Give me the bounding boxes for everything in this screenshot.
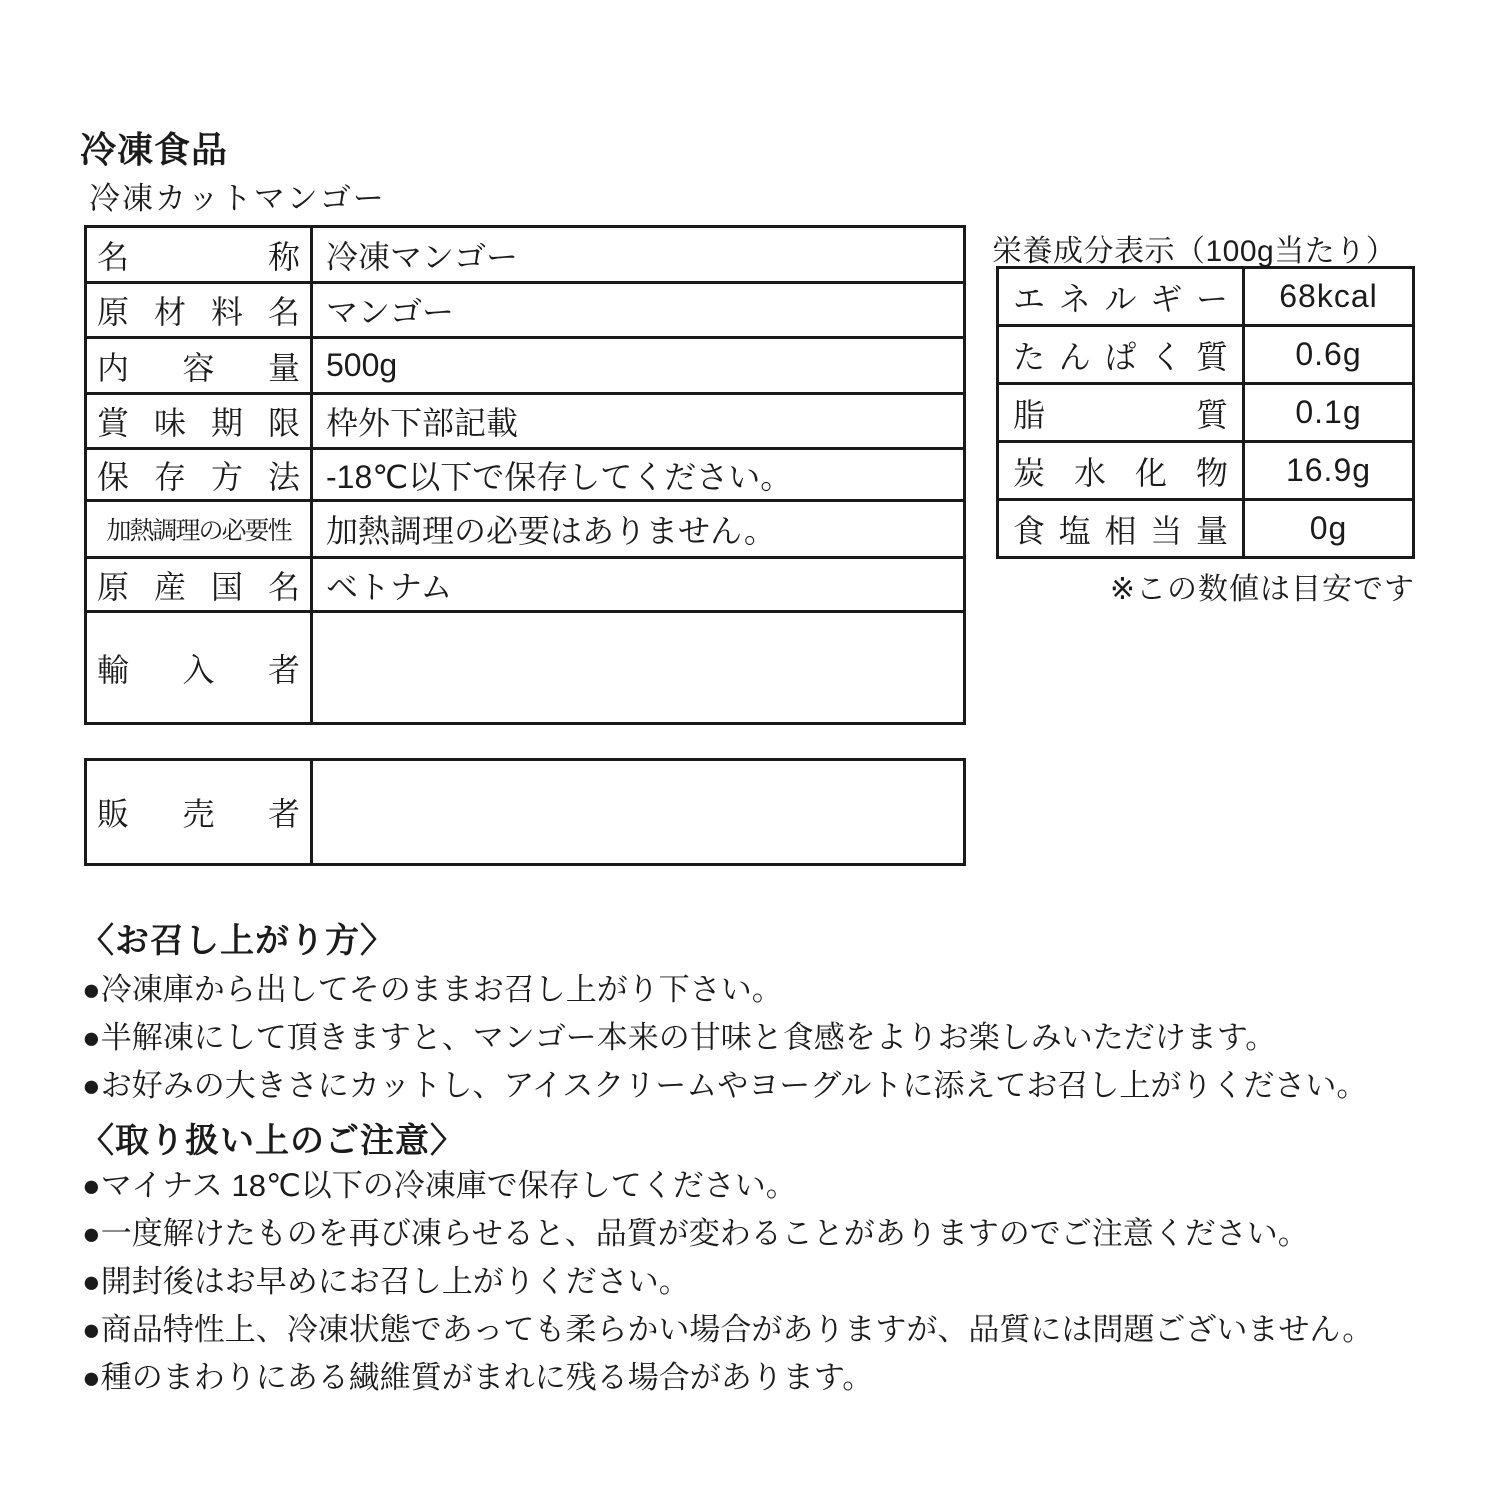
spec-value-name: 冷凍マンゴー (312, 227, 965, 283)
nutrition-label-salt: 食塩相当量 (998, 500, 1244, 558)
spec-value-importer (312, 612, 965, 724)
caution-heading: 〈取り扱い上のご注意〉 (80, 1113, 465, 1162)
spec-value-net-content: 500g (312, 338, 965, 394)
spec-label-net-content: 内容量 (86, 338, 312, 394)
serving-heading: 〈お召し上がり方〉 (80, 913, 395, 962)
nutrition-value-fat: 0.1g (1244, 384, 1414, 442)
nutrition-note: ※この数値は目安です (1110, 564, 1415, 608)
seller-row: 販売者 (86, 760, 965, 865)
spec-row-storage: 保存方法 -18℃以下で保存してください。 (86, 449, 965, 501)
food-label-page: 冷凍食品 冷凍カットマンゴー 名称 冷凍マンゴー 原材料名 マンゴー 内容量 5… (0, 0, 1500, 1500)
seller-label: 販売者 (86, 760, 312, 865)
caution-item: ●種のまわりにある繊維質がまれに残る場合があります。 (82, 1354, 1373, 1402)
nutrition-label-protein: たんぱく質 (998, 326, 1244, 384)
spec-label-storage: 保存方法 (86, 449, 312, 501)
spec-value-ingredients: マンゴー (312, 283, 965, 338)
product-spec-table: 名称 冷凍マンゴー 原材料名 マンゴー 内容量 500g 賞味期限 枠外下部記載… (84, 225, 966, 725)
spec-row-net-content: 内容量 500g (86, 338, 965, 394)
nutrition-row-fat: 脂質 0.1g (998, 384, 1414, 442)
seller-value (312, 760, 965, 865)
caution-item: ●商品特性上、冷凍状態であっても柔らかい場合がありますが、品質には問題ございませ… (82, 1306, 1373, 1354)
handling-cautions: ●マイナス 18℃以下の冷凍庫で保存してください。 ●一度解けたものを再び凍らせ… (82, 1162, 1373, 1402)
spec-label-heating: 加熱調理の必要性 (86, 501, 312, 558)
nutrition-label-carbohydrate: 炭水化物 (998, 442, 1244, 500)
spec-label-origin: 原産国名 (86, 558, 312, 612)
spec-value-best-before: 枠外下部記載 (312, 394, 965, 449)
seller-table: 販売者 (84, 758, 966, 866)
nutrition-table: エネルギー 68kcal たんぱく質 0.6g 脂質 0.1g 炭水化物 16.… (996, 266, 1415, 559)
spec-value-heating: 加熱調理の必要はありません。 (312, 501, 965, 558)
nutrition-row-carbohydrate: 炭水化物 16.9g (998, 442, 1414, 500)
nutrition-value-carbohydrate: 16.9g (1244, 442, 1414, 500)
nutrition-value-protein: 0.6g (1244, 326, 1414, 384)
spec-label-best-before: 賞味期限 (86, 394, 312, 449)
spec-label-importer: 輸入者 (86, 612, 312, 724)
serving-item: ●半解凍にして頂きますと、マンゴー本来の甘味と食感をよりお楽しみいただけます。 (82, 1014, 1367, 1062)
spec-row-heating: 加熱調理の必要性 加熱調理の必要はありません。 (86, 501, 965, 558)
nutrition-row-protein: たんぱく質 0.6g (998, 326, 1414, 384)
nutrition-value-energy: 68kcal (1244, 268, 1414, 326)
serving-instructions: ●冷凍庫から出してそのままお召し上がり下さい。 ●半解凍にして頂きますと、マンゴ… (82, 966, 1367, 1110)
spec-row-ingredients: 原材料名 マンゴー (86, 283, 965, 338)
spec-label-ingredients: 原材料名 (86, 283, 312, 338)
spec-value-storage: -18℃以下で保存してください。 (312, 449, 965, 501)
caution-item: ●一度解けたものを再び凍らせると、品質が変わることがありますのでご注意ください。 (82, 1210, 1373, 1258)
nutrition-label-fat: 脂質 (998, 384, 1244, 442)
serving-item: ●お好みの大きさにカットし、アイスクリームやヨーグルトに添えてお召し上がりくださ… (82, 1062, 1367, 1110)
spec-row-importer: 輸入者 (86, 612, 965, 724)
product-title: 冷凍カットマンゴー (89, 173, 386, 218)
nutrition-label-energy: エネルギー (998, 268, 1244, 326)
category-title: 冷凍食品 (80, 122, 228, 173)
spec-row-origin: 原産国名 ベトナム (86, 558, 965, 612)
spec-value-origin: ベトナム (312, 558, 965, 612)
spec-row-name: 名称 冷凍マンゴー (86, 227, 965, 283)
serving-item: ●冷凍庫から出してそのままお召し上がり下さい。 (82, 966, 1367, 1014)
nutrition-title: 栄養成分表示（100g当たり） (992, 226, 1396, 270)
caution-item: ●開封後はお早めにお召し上がりください。 (82, 1258, 1373, 1306)
nutrition-row-salt: 食塩相当量 0g (998, 500, 1414, 558)
caution-item: ●マイナス 18℃以下の冷凍庫で保存してください。 (82, 1162, 1373, 1210)
spec-label-name: 名称 (86, 227, 312, 283)
spec-row-best-before: 賞味期限 枠外下部記載 (86, 394, 965, 449)
nutrition-value-salt: 0g (1244, 500, 1414, 558)
nutrition-row-energy: エネルギー 68kcal (998, 268, 1414, 326)
